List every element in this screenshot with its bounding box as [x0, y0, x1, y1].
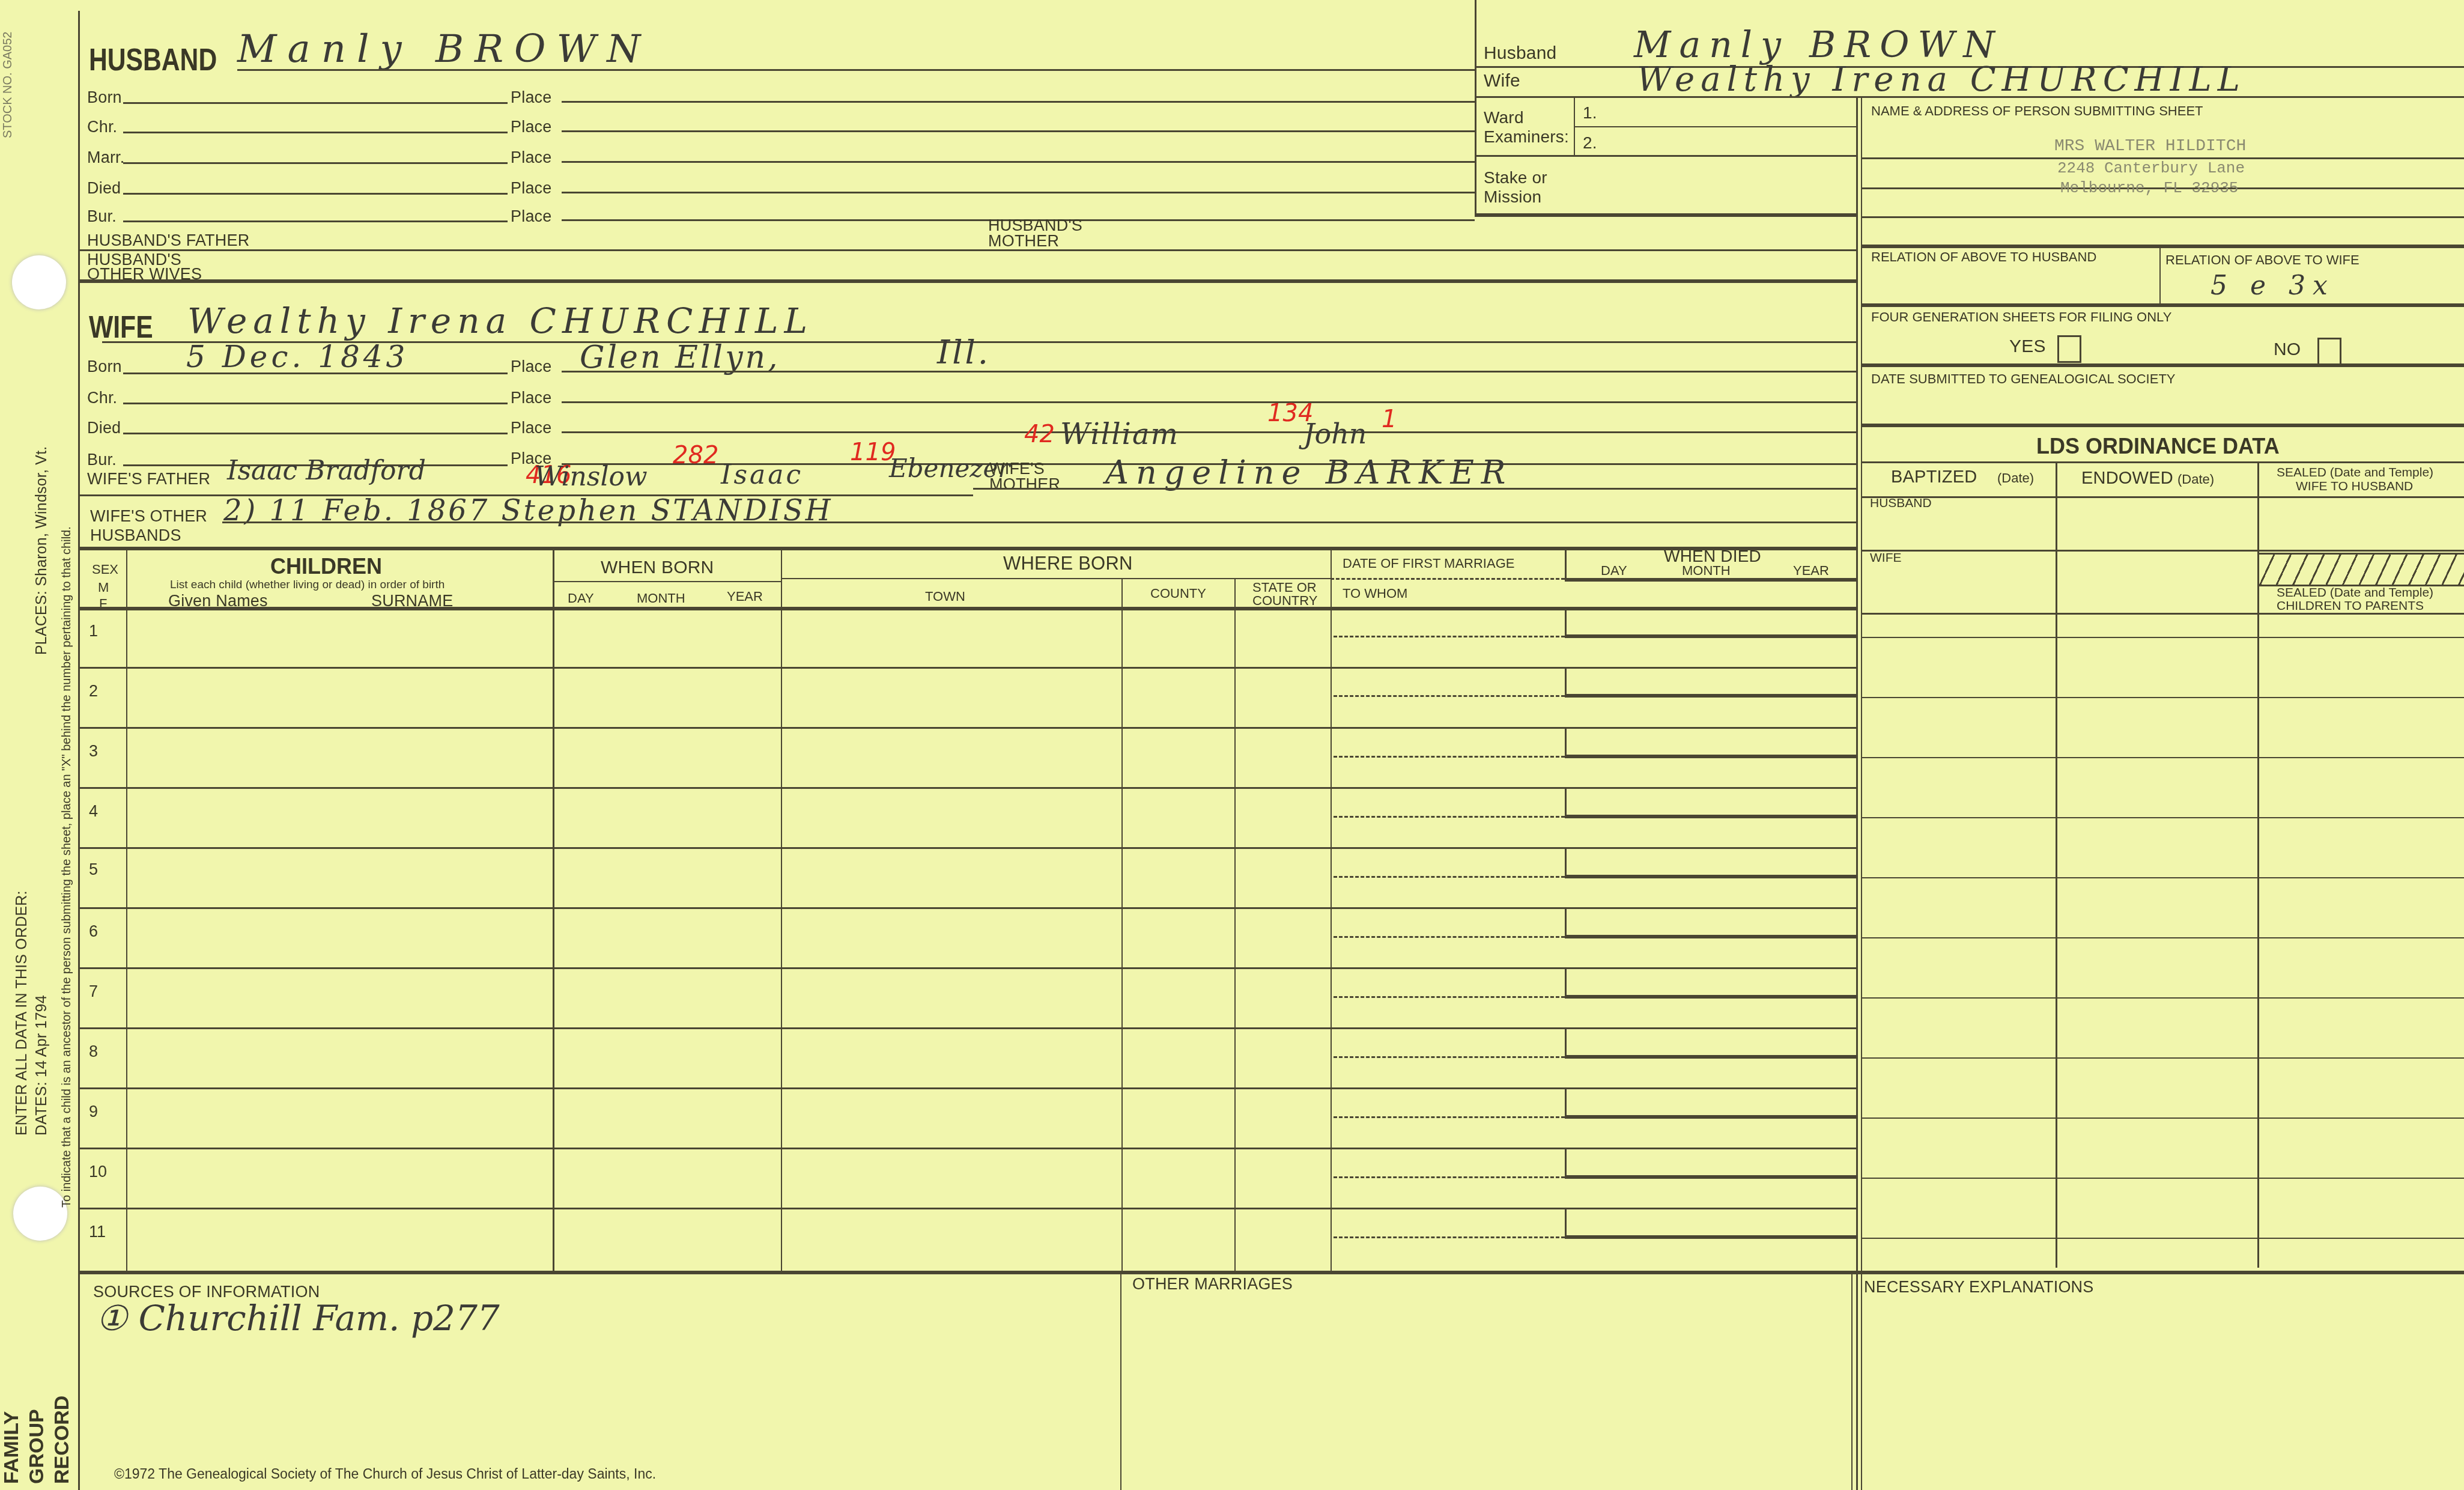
- children-died-day: DAY: [1601, 563, 1627, 579]
- lds-child-line-3: [1861, 757, 2464, 758]
- first-marriage-dash: [1331, 578, 1565, 580]
- child-marriage-dash: [1334, 636, 1565, 637]
- submitter-label: NAME & ADDRESS OF PERSON SUBMITTING SHEE…: [1871, 103, 2203, 119]
- children-sex-label: SEX: [92, 562, 118, 577]
- child-row-number: 9: [89, 1102, 98, 1121]
- when-died-box-left: [1565, 547, 1567, 580]
- child-died-line[interactable]: [1565, 694, 1856, 698]
- lds-col-divider-1: [2056, 463, 2057, 1268]
- relation-wife-label: RELATION OF ABOVE TO WIFE: [2165, 252, 2359, 268]
- wife-father-ref-4: 42: [1024, 421, 1055, 448]
- children-born-year: YEAR: [727, 589, 763, 604]
- child-marriage-dash: [1334, 1236, 1565, 1238]
- copyright: ©1972 The Genealogical Society of The Ch…: [114, 1466, 656, 1482]
- lds-baptized-date-note: (Date): [1997, 470, 2034, 486]
- wife-section-divider: [78, 547, 1856, 550]
- husband-chr-date-line[interactable]: [123, 132, 508, 133]
- lds-wife-row-line: [1861, 613, 2464, 615]
- instructions-enter-all: ENTER ALL DATA IN THIS ORDER:: [13, 890, 31, 1136]
- child-row-number: 2: [89, 682, 98, 701]
- wife-mother-line: [973, 488, 1856, 490]
- child-row-line: [78, 847, 1856, 849]
- child-marriage-dash: [1334, 1056, 1565, 1058]
- child-died-box[interactable]: [1565, 607, 1567, 637]
- header-wife-line: [1475, 96, 2464, 98]
- stock-number: STOCK NO. GA052: [1, 32, 15, 138]
- lds-sealed-wife-2: WIFE TO HUSBAND: [2296, 479, 2413, 494]
- child-marriage-dash: [1334, 996, 1565, 998]
- husband-born-place-line[interactable]: [562, 101, 1475, 103]
- date-submitted-label: DATE SUBMITTED TO GENEALOGICAL SOCIETY: [1871, 371, 2176, 387]
- husband-bur-date-line[interactable]: [123, 220, 508, 222]
- children-town: TOWN: [925, 589, 965, 604]
- wife-died-label: Died: [87, 419, 121, 437]
- husband-marr-place-label: Place: [511, 148, 552, 167]
- child-row-line: [78, 1087, 1856, 1089]
- child-died-line[interactable]: [1565, 1175, 1856, 1179]
- husband-name-line: [237, 69, 1475, 71]
- husband-parents-line[interactable]: [78, 249, 1856, 251]
- children-col-sex: [126, 550, 127, 1274]
- wife-father-name-1[interactable]: Isaac Bradford: [227, 455, 426, 486]
- lds-child-line-10: [1861, 1178, 2464, 1179]
- stake-mission-line[interactable]: [1475, 213, 1856, 217]
- header-wife-label: Wife: [1484, 71, 1520, 91]
- child-died-line[interactable]: [1565, 995, 1856, 999]
- children-first-marriage: DATE OF FIRST MARRIAGE: [1343, 556, 1514, 571]
- child-row-number: 7: [89, 982, 98, 1001]
- husband-born-place-label: Place: [511, 88, 552, 107]
- lds-child-line-1: [1861, 637, 2464, 638]
- lds-child-line-6: [1861, 937, 2464, 938]
- lds-child-line-9: [1861, 1117, 2464, 1119]
- child-died-box[interactable]: [1565, 727, 1567, 757]
- wife-born-place-line: [562, 371, 1856, 372]
- child-row-line: [78, 967, 1856, 969]
- examiner-1-label: 1.: [1583, 103, 1597, 123]
- wife-father-name-3[interactable]: Isaac: [721, 460, 803, 490]
- children-col-state: [1331, 547, 1332, 1274]
- ward-examiners-label: Ward Examiners:: [1484, 108, 1580, 147]
- child-row-number: 6: [89, 922, 98, 941]
- husband-heading: HUSBAND: [89, 42, 217, 78]
- child-died-box[interactable]: [1565, 907, 1567, 937]
- husband-born-label: Born: [87, 88, 122, 107]
- wife-born-date[interactable]: 5 Dec. 1843: [186, 339, 408, 374]
- examiner-2-line[interactable]: [1475, 155, 1856, 157]
- child-died-line[interactable]: [1565, 1115, 1856, 1119]
- child-died-line[interactable]: [1565, 1235, 1856, 1239]
- child-died-line[interactable]: [1565, 755, 1856, 758]
- when-died-bottom: [1565, 578, 1856, 582]
- lds-title: LDS ORDINANCE DATA: [2036, 434, 2280, 459]
- husband-section-divider: [78, 279, 1856, 283]
- instructions-places: PLACES: Sharon, Windsor, Vt.: [33, 446, 50, 655]
- husband-died-place-line[interactable]: [562, 192, 1475, 193]
- header-wife-value[interactable]: Wealthy Irena CHURCHILL: [1637, 60, 2246, 99]
- husband-mother-label: HUSBAND'S MOTHER: [988, 217, 1108, 249]
- child-died-box[interactable]: [1565, 1148, 1567, 1178]
- lds-hatched-cell: [2259, 553, 2464, 586]
- lds-sealed-children-1: SEALED (Date and Temple): [2277, 586, 2433, 600]
- children-col-when-born: [781, 550, 782, 1274]
- four-gen-label: FOUR GENERATION SHEETS FOR FILING ONLY: [1871, 309, 2171, 325]
- submitter-name[interactable]: MRS WALTER HILDITCH: [2054, 137, 2246, 156]
- child-row-number: 5: [89, 860, 98, 879]
- wife-chr-place-label: Place: [511, 389, 552, 407]
- child-died-box[interactable]: [1565, 1027, 1567, 1057]
- lds-child-line-7: [1861, 997, 2464, 999]
- examiner-1-line[interactable]: [1574, 126, 1856, 127]
- child-died-line[interactable]: [1565, 634, 1856, 638]
- child-row-number: 4: [89, 802, 98, 821]
- husband-name[interactable]: Manly BROWN: [237, 27, 651, 71]
- wife-died-date-line[interactable]: [123, 433, 508, 434]
- punch-hole-bottom: [13, 1187, 67, 1241]
- lds-sealed-children-2: CHILDREN TO PARENTS: [2277, 599, 2424, 613]
- wife-father-name-2[interactable]: Winslow: [535, 461, 648, 492]
- instructions-dates: DATES: 14 Apr 1794: [33, 995, 50, 1136]
- children-header-bottom: [78, 607, 1856, 610]
- lds-child-line-4: [1861, 817, 2464, 818]
- husband-father-label: HUSBAND'S FATHER: [87, 231, 249, 250]
- wife-father-ref-6: 1: [1382, 406, 1397, 433]
- lds-child-line-11: [1861, 1238, 2464, 1239]
- child-died-box[interactable]: [1565, 667, 1567, 697]
- submitter-line-3: [1861, 216, 2464, 218]
- wife-mother-name[interactable]: Angeline BARKER: [1105, 454, 1513, 491]
- lds-endowed-label: ENDOWED: [2081, 469, 2173, 488]
- child-died-box[interactable]: [1565, 1208, 1567, 1238]
- lds-husband-row-line: [1861, 550, 2464, 552]
- husband-marr-date-line[interactable]: [123, 162, 508, 164]
- right-panel-left: [1856, 96, 1858, 1490]
- child-marriage-dash: [1334, 756, 1565, 758]
- form-title-group: GROUP: [25, 1409, 49, 1484]
- husband-bur-place-label: Place: [511, 207, 552, 226]
- wife-born-date-line: [123, 372, 508, 374]
- child-marriage-dash: [1334, 695, 1565, 697]
- child-marriage-dash: [1334, 936, 1565, 938]
- children-col-town: [1121, 578, 1123, 1274]
- child-died-line[interactable]: [1565, 1055, 1856, 1059]
- relation-bottom-line: [1861, 303, 2464, 307]
- husband-chr-place-label: Place: [511, 118, 552, 136]
- children-col-name: [553, 550, 554, 1274]
- husband-chr-place-line[interactable]: [562, 130, 1475, 132]
- wife-born-place[interactable]: Glen Ellyn,: [580, 339, 780, 376]
- wife-born-place-label: Place: [511, 357, 552, 376]
- submitter-address-2[interactable]: Melbourne, FL 32935: [2060, 179, 2238, 197]
- child-row-number: 11: [89, 1223, 106, 1241]
- children-to-whom: TO WHOM: [1343, 586, 1407, 601]
- children-title: CHILDREN: [270, 554, 382, 579]
- other-marriages-label: OTHER MARRIAGES: [1132, 1275, 1293, 1294]
- wife-bur-label: Bur.: [87, 451, 117, 469]
- husband-born-date-line[interactable]: [123, 102, 508, 104]
- wife-father-name-6[interactable]: John: [1303, 418, 1367, 450]
- stake-mission-label: Stake or Mission: [1484, 168, 1574, 207]
- lds-sealed-wife-1: SEALED (Date and Temple): [2277, 466, 2433, 480]
- relation-divider: [2159, 246, 2161, 303]
- wife-died-place-line[interactable]: [562, 431, 1856, 433]
- explanations-label: NECESSARY EXPLANATIONS: [1864, 1278, 2094, 1297]
- when-born-sub-line: [553, 581, 781, 582]
- child-marriage-dash: [1334, 876, 1565, 878]
- children-table-bottom: [78, 1271, 2464, 1274]
- husband-died-date-line[interactable]: [123, 193, 508, 195]
- other-marriages-left: [1120, 1271, 1121, 1490]
- child-row-line: [78, 1208, 1856, 1209]
- husband-died-label: Died: [87, 179, 121, 198]
- husband-bur-label: Bur.: [87, 207, 117, 226]
- yes-label: YES: [2009, 336, 2046, 357]
- child-died-box[interactable]: [1565, 787, 1567, 817]
- children-born-month: MONTH: [637, 591, 685, 606]
- children-subtitle: List each child (whether living or dead)…: [170, 579, 445, 592]
- no-label: NO: [2274, 339, 2301, 360]
- wife-born-place-state[interactable]: Ill.: [937, 333, 991, 371]
- children-born-day: DAY: [568, 591, 594, 606]
- wife-other-husbands-label: WIFE'S OTHER HUSBANDS: [90, 506, 222, 545]
- frame-left: [78, 11, 80, 1490]
- child-row-number: 1: [89, 622, 98, 640]
- wife-father-ref-2: 282: [673, 442, 718, 469]
- child-row-line: [78, 1027, 1856, 1029]
- wife-other-husbands-line: [222, 521, 1856, 523]
- child-died-box[interactable]: [1565, 847, 1567, 877]
- wife-born-label: Born: [87, 357, 122, 376]
- children-died-year: YEAR: [1793, 563, 1829, 579]
- header-husband-label: Husband: [1484, 43, 1557, 64]
- child-row-line: [78, 1148, 1856, 1149]
- wife-chr-place-line[interactable]: [562, 401, 1856, 403]
- submitter-address-1[interactable]: 2248 Canterbury Lane: [2057, 159, 2245, 177]
- yes-checkbox[interactable]: [2057, 335, 2081, 363]
- no-checkbox[interactable]: [2317, 338, 2341, 365]
- husband-other-wives-label: HUSBAND'S OTHER WIVES: [87, 252, 207, 281]
- child-died-box[interactable]: [1565, 967, 1567, 997]
- wife-heading: WIFE: [89, 309, 153, 345]
- wife-died-place-label: Place: [511, 419, 552, 437]
- lds-child-line-5: [1861, 877, 2464, 878]
- children-where-born: WHERE BORN: [1003, 553, 1133, 574]
- lds-child-line-2: [1861, 697, 2464, 698]
- date-submitted-line[interactable]: [1861, 424, 2464, 427]
- lds-wife-row-label: WIFE: [1870, 551, 1902, 565]
- lds-header-line: [1861, 496, 2464, 498]
- punch-hole-top: [12, 255, 66, 309]
- form-title-record: RECORD: [50, 1396, 74, 1484]
- child-row-number: 10: [89, 1163, 107, 1181]
- child-died-line[interactable]: [1565, 815, 1856, 818]
- explanations-left: [1851, 1271, 1853, 1490]
- wife-chr-label: Chr.: [87, 389, 117, 407]
- child-row-line: [78, 667, 1856, 669]
- child-died-line[interactable]: [1565, 875, 1856, 878]
- child-row-number: 3: [89, 742, 98, 761]
- where-born-sub-line: [781, 578, 1334, 579]
- wife-father-name-5[interactable]: William: [1060, 418, 1179, 451]
- examiner-2-label: 2.: [1583, 133, 1597, 153]
- child-row-number: 8: [89, 1042, 98, 1061]
- header-box-left: [1475, 0, 1476, 216]
- child-row-line: [78, 787, 1856, 789]
- child-marriage-dash: [1334, 1116, 1565, 1118]
- wife-father-label: WIFE'S FATHER: [87, 470, 210, 488]
- children-m-label: M: [98, 580, 109, 595]
- husband-marr-label: Marr.: [87, 148, 125, 167]
- form-title-family: FAMILY: [0, 1411, 23, 1484]
- child-died-box[interactable]: [1565, 1087, 1567, 1117]
- four-gen-bottom-line: [1861, 363, 2464, 367]
- children-county: COUNTY: [1150, 586, 1206, 601]
- children-when-born: WHEN BORN: [601, 558, 714, 578]
- relation-top-line: [1861, 245, 2464, 248]
- lds-child-line-8: [1861, 1057, 2464, 1059]
- relation-wife-value[interactable]: 5 e 3x: [2211, 270, 2335, 301]
- lds-husband-row-label: HUSBAND: [1870, 496, 1932, 511]
- husband-died-place-label: Place: [511, 179, 552, 198]
- instructions-ancestor-note: To indicate that a child is an ancestor …: [60, 526, 74, 1208]
- child-row-line: [78, 727, 1856, 729]
- child-died-line[interactable]: [1565, 935, 1856, 938]
- child-marriage-dash: [1334, 1176, 1565, 1178]
- child-marriage-dash: [1334, 816, 1565, 818]
- relation-husband-label: RELATION OF ABOVE TO HUSBAND: [1871, 249, 2096, 265]
- husband-marr-place-line[interactable]: [562, 161, 1475, 163]
- husband-chr-label: Chr.: [87, 118, 117, 136]
- lds-endowed-date-note: (Date): [2177, 472, 2214, 487]
- lds-title-line: [1861, 461, 2464, 463]
- children-col-county: [1234, 578, 1236, 1274]
- children-died-month: MONTH: [1682, 563, 1731, 579]
- wife-chr-date-line[interactable]: [123, 403, 508, 404]
- lds-baptized-label: BAPTIZED: [1891, 467, 1977, 487]
- sources-value[interactable]: ① Churchill Fam. p277: [96, 1298, 500, 1339]
- child-row-line: [78, 907, 1856, 909]
- wife-name[interactable]: Wealthy Irena CHURCHILL: [187, 300, 813, 341]
